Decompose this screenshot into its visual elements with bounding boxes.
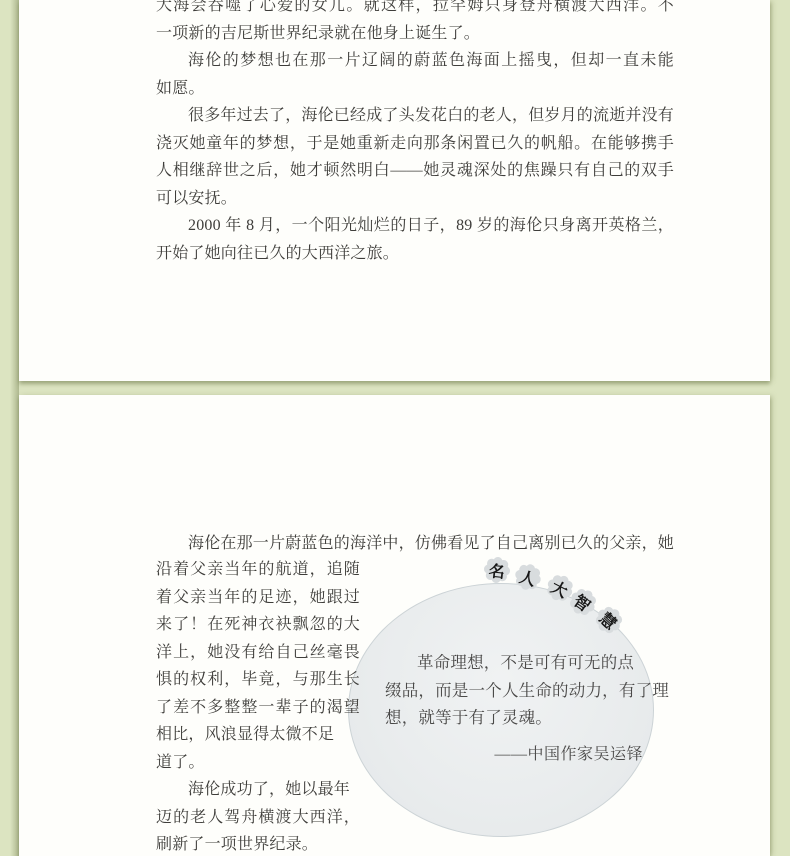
text-line: 一项新的吉尼斯世界纪录就在他身上诞生了。 [156,20,674,48]
page2-intro-line: 海伦在那一片蔚蓝色的海洋中，仿佛看见了自己离别已久的父亲，她 [156,530,674,558]
text-line: 可以安抚。 [156,185,674,213]
text-line: 着父亲当年的足迹，她跟过 [156,584,360,612]
text-line: 海伦成功了，她以最年 [156,776,360,804]
wisdom-badge-char: 名 [482,555,513,586]
text-line: 了差不多整整一辈子的渴望 [156,694,360,722]
text-line: 沿着父亲当年的航道，追随 [156,556,360,584]
scanned-book-spread: { "page1": { "lines": [ "大海会吞噬了心爱的女儿。就这样… [0,0,790,856]
text-line: 海伦在那一片蔚蓝色的海洋中，仿佛看见了自己离别已久的父亲，她 [156,530,674,558]
text-line: 浇灭她童年的梦想，于是她重新走向那条闲置已久的帆船。在能够携手的 [156,130,674,158]
quote-line: 缀品，而是一个人生命的动力，有了理 [385,677,669,705]
page1-paragraphs: 大海会吞噬了心爱的女儿。就这样，拉罕姆只身登舟横渡大西洋。不久， 一项新的吉尼斯… [156,0,674,267]
text-line: 来了！在死神衣袂飘忽的大 [156,611,360,639]
quote-attribution: ——中国作家吴运铎 [385,741,669,769]
text-line: 刷新了一项世界纪录。 [156,831,360,856]
text-line: 大海会吞噬了心爱的女儿。就这样，拉罕姆只身登舟横渡大西洋。不久， [156,0,674,20]
text-line: 洋上，她没有给自己丝毫畏 [156,639,360,667]
text-line: 很多年过去了，海伦已经成了头发花白的老人，但岁月的流逝并没有 [156,102,674,130]
quote-line: 革命理想，不是可有可无的点 [385,649,669,677]
text-line: 人相继辞世之后，她才顿然明白——她灵魂深处的焦躁只有自己的双手才 [156,157,674,185]
text-line: 如愿。 [156,75,674,103]
page-edge-shadow [10,0,19,856]
book-page-top: 大海会吞噬了心爱的女儿。就这样，拉罕姆只身登舟横渡大西洋。不久， 一项新的吉尼斯… [19,0,770,381]
text-line: 海伦的梦想也在那一片辽阔的蔚蓝色海面上摇曳，但却一直未能 [156,47,674,75]
story-column: 沿着父亲当年的航道，追随 着父亲当年的足迹，她跟过 来了！在死神衣袂飘忽的大 洋… [156,556,360,856]
text-line: 惧的权利，毕竟，与那生长 [156,666,360,694]
text-line: 开始了她向往已久的大西洋之旅。 [156,240,674,268]
quote-line: 想，就等于有了灵魂。 [385,704,669,732]
text-line: 2000 年 8 月，一个阳光灿烂的日子，89 岁的海伦只身离开英格兰， [156,212,674,240]
quote-block: 革命理想，不是可有可无的点 缀品，而是一个人生命的动力，有了理 想，就等于有了灵… [385,649,669,732]
text-line: 相比，风浪显得太微不足 [156,721,360,749]
book-page-bottom: 海伦在那一片蔚蓝色的海洋中，仿佛看见了自己离别已久的父亲，她 沿着父亲当年的航道… [19,395,770,856]
badge-char-label: 名 [482,555,513,586]
text-line: 道了。 [156,749,360,777]
text-line: 迈的老人驾舟横渡大西洋， [156,804,360,832]
